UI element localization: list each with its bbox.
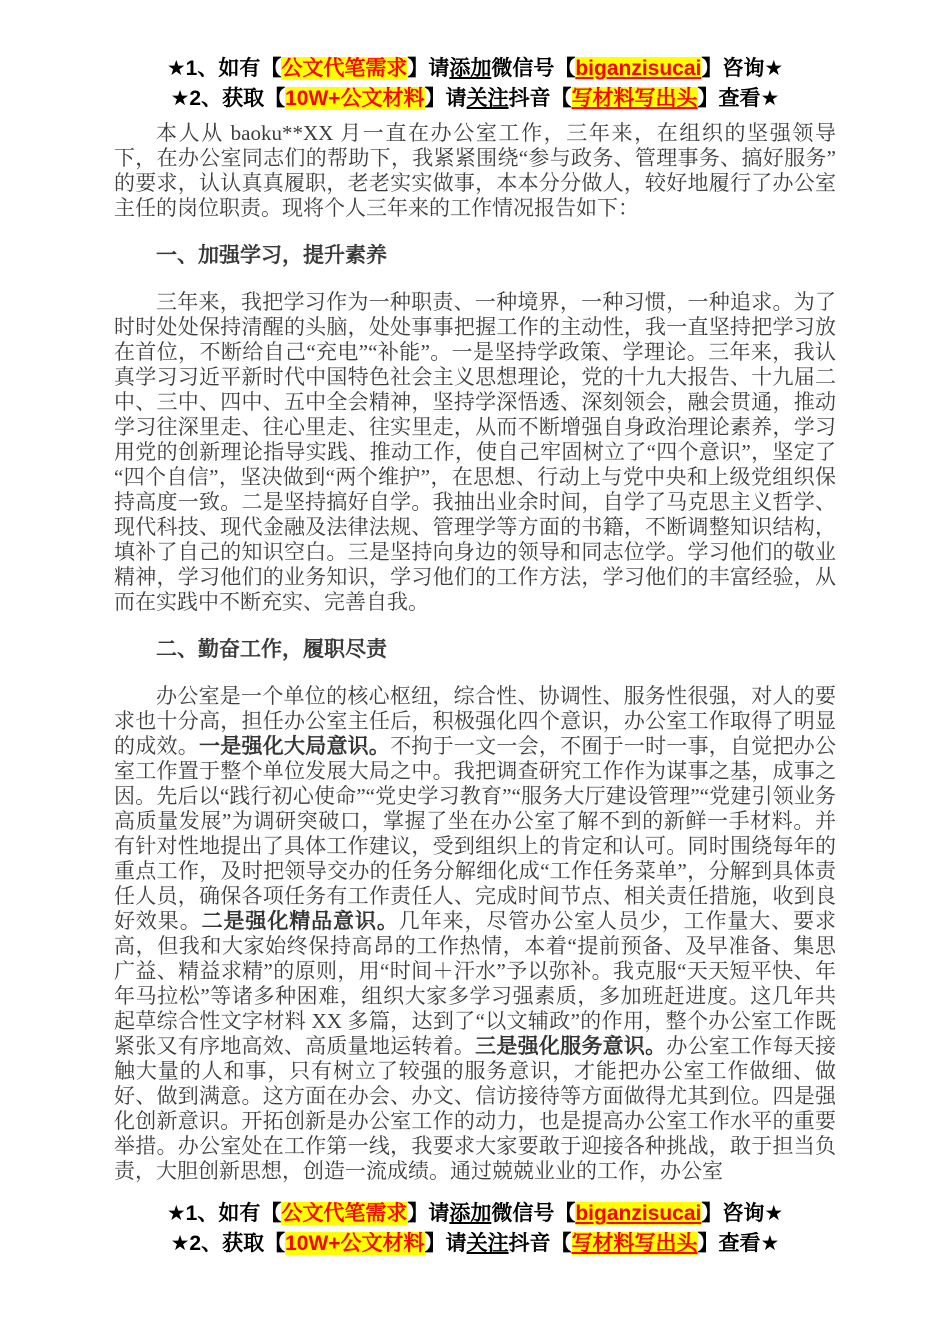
promo-header-line-2: ★2、获取【10W+公文材料】请关注抖音【写材料写出头】查看★	[114, 84, 836, 114]
promo-segment-hl-red-underline: 写材料写出头	[572, 1232, 698, 1255]
promo-segment-hl-red-underline: biganzisucai	[575, 1202, 701, 1225]
text-run: ★2、获取【	[171, 1232, 286, 1255]
section-1-heading: 一、加强学习，提升素养	[114, 243, 836, 268]
text-run: 三年来，我把学习作为一种职责、一种境界，一种习惯，一种追求。为了时时处处保持清醒…	[114, 290, 836, 614]
promo-segment-hl-red-underline: biganzisucai	[575, 57, 701, 80]
promo-segment-hl-red: 10W+公文材料	[285, 87, 424, 110]
text-run: 抖音【	[509, 1232, 572, 1255]
section-2-paragraph: 办公室是一个单位的核心枢纽，综合性、协调性、服务性很强，对人的要求也十分高，担任…	[114, 684, 836, 1184]
text-run: 不拘于一文一会，不囿于一时一事，自觉把办公室工作置于整个单位发展大局之中。我把调…	[114, 734, 836, 933]
text-run: ★1、如有【	[167, 57, 282, 80]
text-run: 微信号【	[491, 1202, 575, 1225]
promo-segment-hl-red: 10W+公文材料	[285, 1232, 424, 1255]
promo-segment-underline: 关注	[467, 1232, 509, 1255]
promo-segment-hl-red: 公文代笔需求	[281, 1202, 407, 1225]
promo-header: ★1、如有【公文代笔需求】请添加微信号【biganzisucai】咨询★ ★2、…	[114, 54, 836, 114]
text-run: 】请	[407, 1202, 449, 1225]
text-run: 抖音【	[509, 87, 572, 110]
text-run: 】查看★	[698, 87, 780, 110]
promo-segment-hl-red-underline: 写材料写出头	[572, 87, 698, 110]
promo-segment-underline: 关注	[467, 87, 509, 110]
text-run: 】请	[407, 57, 449, 80]
promo-segment-underline: 添加	[449, 1202, 491, 1225]
document-body: 本人从 baoku**XX 月一直在办公室工作，三年来，在组织的坚强领导下，在办…	[114, 121, 836, 1184]
text-run: 】请	[425, 1232, 467, 1255]
text-run: ★2、获取【	[171, 87, 286, 110]
text-run: 】请	[425, 87, 467, 110]
text-run: 微信号【	[491, 57, 575, 80]
bold-text-run: 三是强化服务意识。	[475, 1034, 666, 1058]
text-run: 本人从 baoku**XX 月一直在办公室工作，三年来，在组织的坚强领导下，在办…	[114, 121, 836, 220]
promo-header-line-1: ★1、如有【公文代笔需求】请添加微信号【biganzisucai】咨询★	[114, 54, 836, 84]
promo-footer-line-2: ★2、获取【10W+公文材料】请关注抖音【写材料写出头】查看★	[114, 1229, 836, 1259]
promo-segment-hl-red: 公文代笔需求	[281, 57, 407, 80]
promo-footer: ★1、如有【公文代笔需求】请添加微信号【biganzisucai】咨询★ ★2、…	[114, 1199, 836, 1259]
text-run: 】咨询★	[701, 1202, 783, 1225]
text-run: 】查看★	[698, 1232, 780, 1255]
bold-text-run: 一是强化大局意识。	[199, 734, 390, 758]
document-page: ★1、如有【公文代笔需求】请添加微信号【biganzisucai】咨询★ ★2、…	[0, 0, 950, 1344]
intro-paragraph: 本人从 baoku**XX 月一直在办公室工作，三年来，在组织的坚强领导下，在办…	[114, 121, 836, 221]
promo-segment-underline: 添加	[449, 57, 491, 80]
section-2-heading: 二、勤奋工作，履职尽责	[114, 637, 836, 662]
text-run: ★1、如有【	[167, 1202, 282, 1225]
bold-text-run: 二是强化精品意识。	[202, 909, 399, 933]
promo-footer-line-1: ★1、如有【公文代笔需求】请添加微信号【biganzisucai】咨询★	[114, 1199, 836, 1229]
section-1-paragraph: 三年来，我把学习作为一种职责、一种境界，一种习惯，一种追求。为了时时处处保持清醒…	[114, 290, 836, 615]
text-run: 】咨询★	[701, 57, 783, 80]
